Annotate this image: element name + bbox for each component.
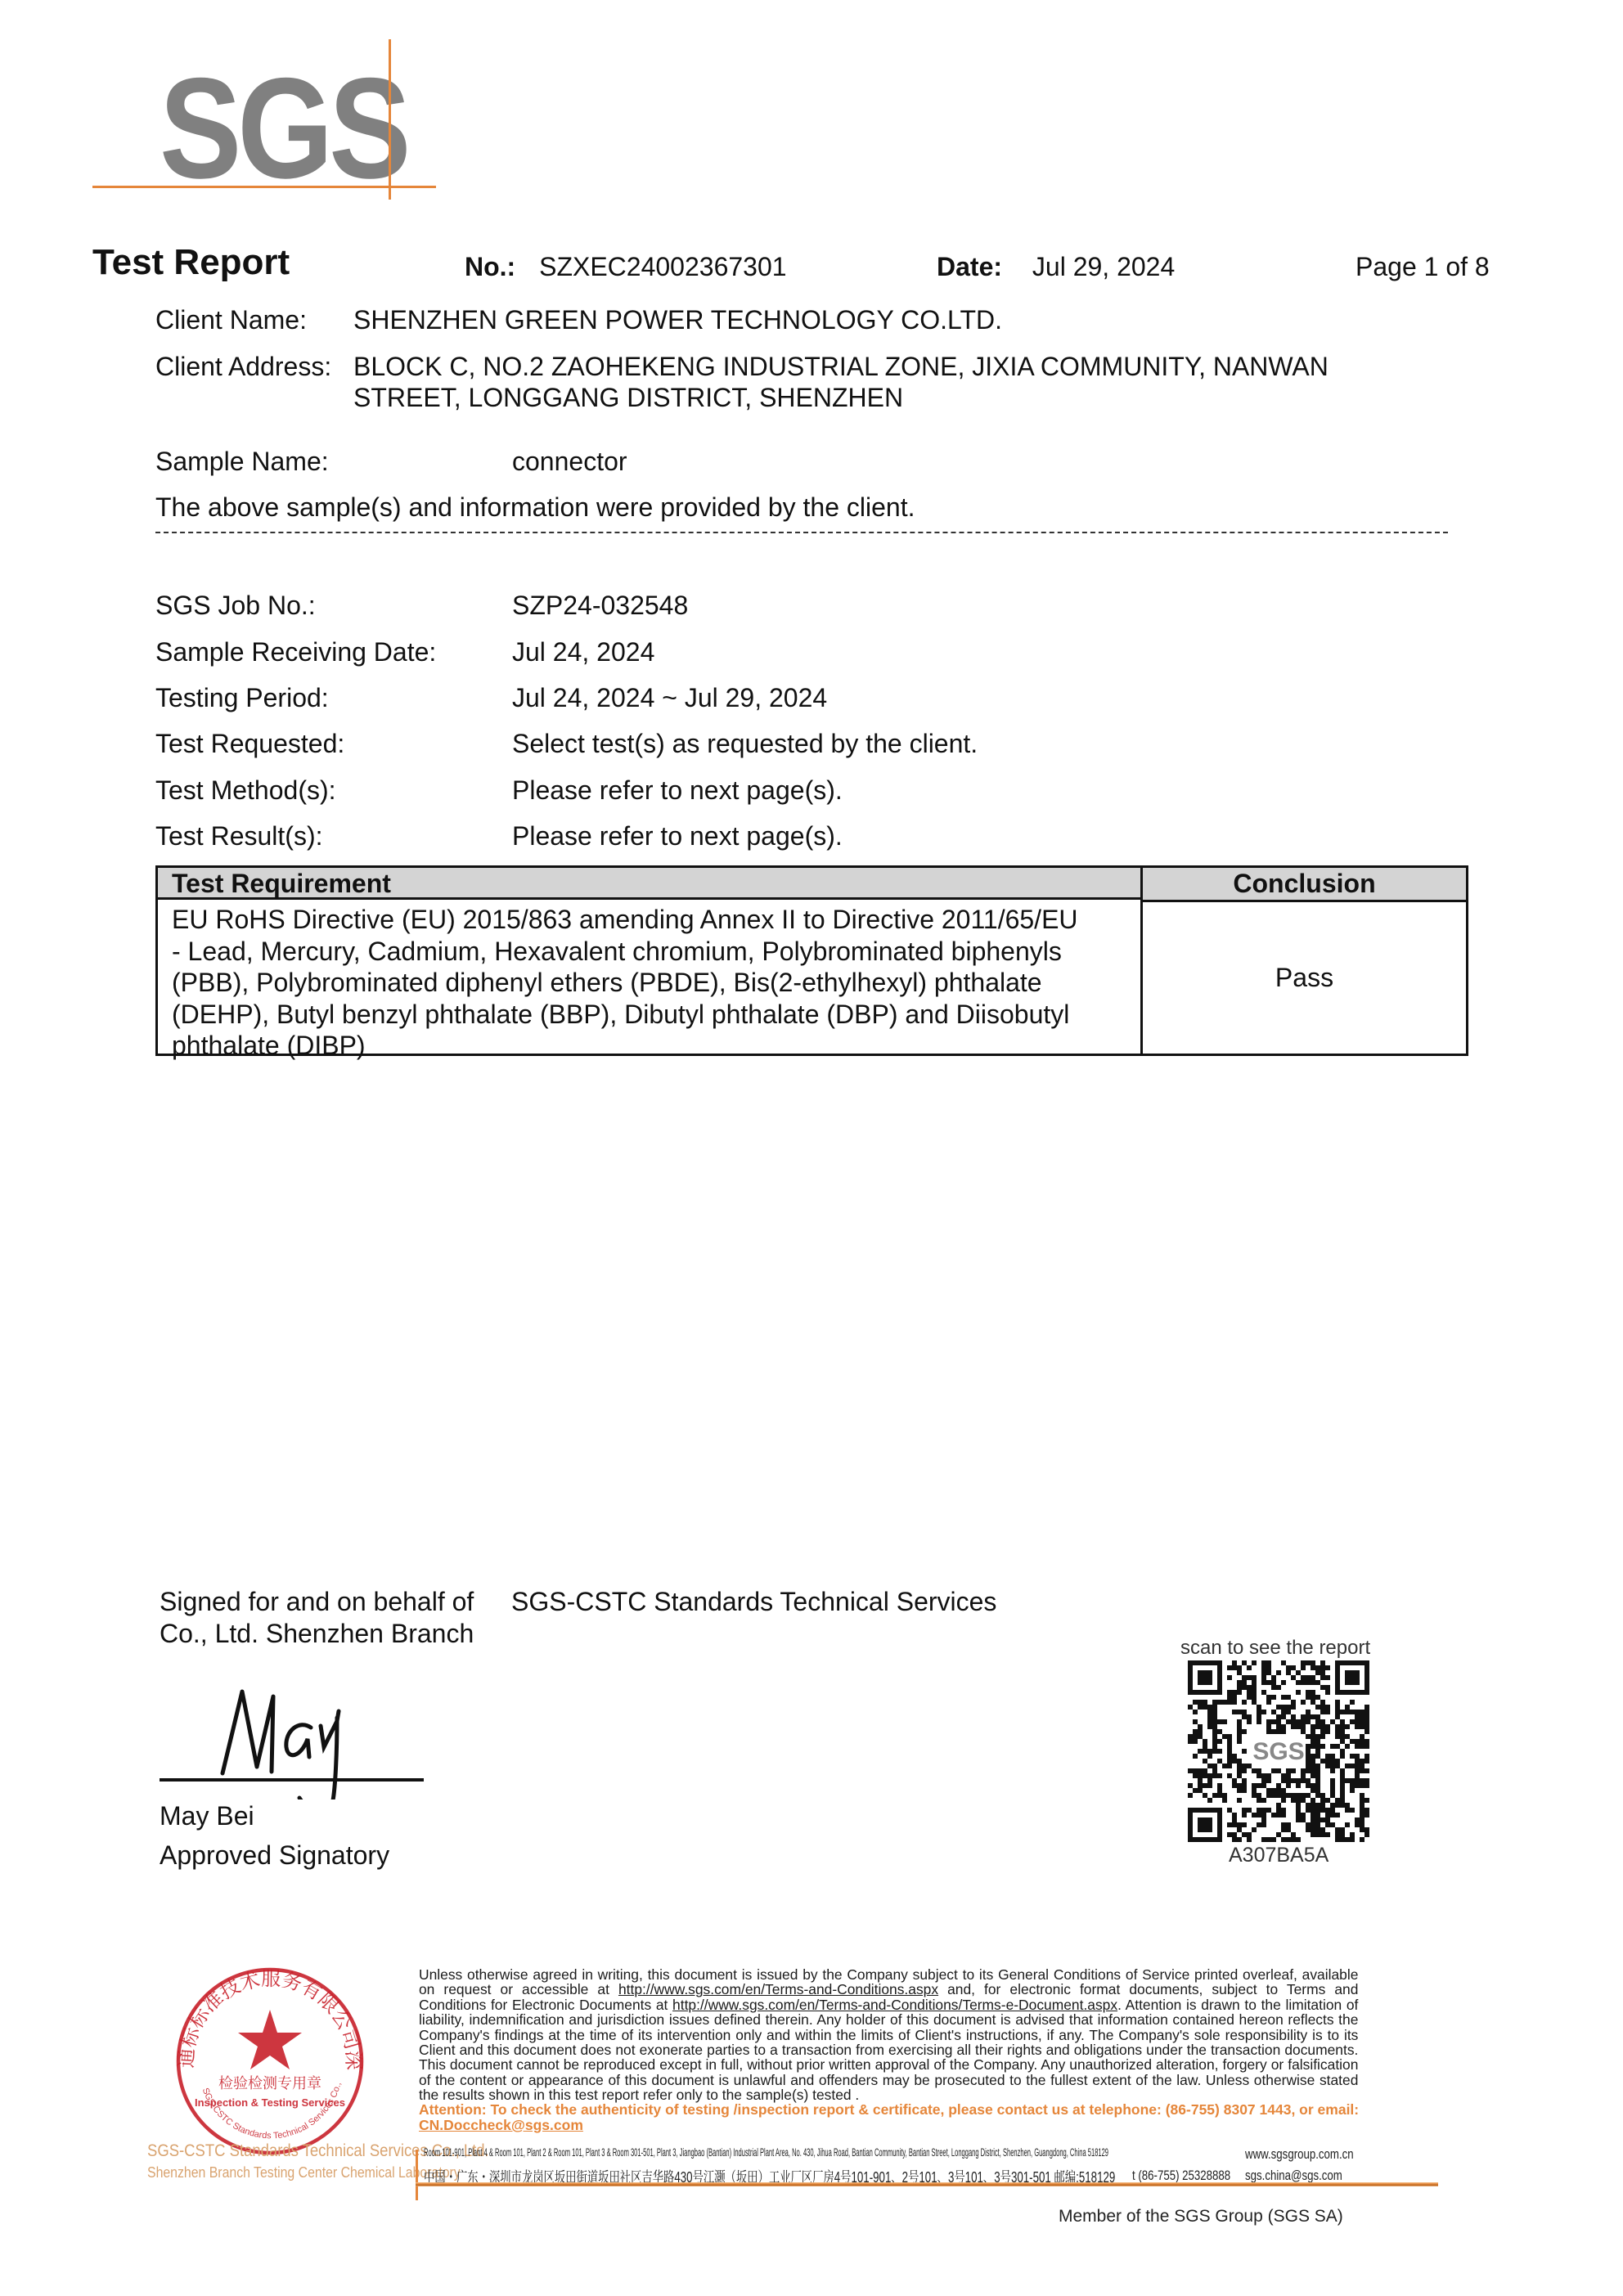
sgs-group-membership: Member of the SGS Group (SGS SA) xyxy=(1059,2207,1343,2226)
job-field-label: Test Result(s): xyxy=(155,821,322,851)
report-number-label: No.: xyxy=(465,252,515,281)
signing-company: SGS-CSTC Standards Technical Services xyxy=(511,1587,996,1617)
phone-number: t (86-755) 25328888 xyxy=(1132,2168,1230,2184)
table-row-requirement: EU RoHS Directive (EU) 2015/863 amending… xyxy=(172,904,1137,1062)
requirement-line: EU RoHS Directive (EU) 2015/863 amending… xyxy=(172,904,1137,936)
conclusion-value: Pass xyxy=(1275,963,1333,993)
china-email-link[interactable]: sgs.china@sgs.com xyxy=(1245,2168,1342,2184)
stamp-center-cn: 检验检测专用章 xyxy=(218,2075,321,2092)
signature-line xyxy=(160,1778,424,1782)
legal-disclaimer: Unless otherwise agreed in writing, this… xyxy=(419,1967,1358,2103)
disclaimer-text: . Attention is drawn to the limitation o… xyxy=(419,1997,1358,2103)
terms-e-document-link[interactable]: http://www.sgs.com/en/Terms-and-Conditio… xyxy=(672,1997,1117,2013)
footer-vertical-rule xyxy=(416,2150,418,2200)
sample-name-label: Sample Name: xyxy=(155,447,329,477)
signed-on-behalf-label: Signed for and on behalf of xyxy=(160,1587,474,1617)
signatory-title: Approved Signatory xyxy=(160,1840,389,1871)
address-english: Room 101-901, Plant 4 & Room 101, Plant … xyxy=(424,2146,1108,2159)
client-name-value: SHENZHEN GREEN POWER TECHNOLOGY CO.LTD. xyxy=(353,305,1002,335)
signatory-name: May Bei xyxy=(160,1801,254,1831)
dashed-separator xyxy=(155,532,1448,533)
job-field-value: Please refer to next page(s). xyxy=(512,775,843,806)
terms-conditions-link[interactable]: http://www.sgs.com/en/Terms-and-Conditio… xyxy=(618,1981,938,1997)
report-date: Date: Jul 29, 2024 xyxy=(937,252,1175,282)
qr-code-icon[interactable]: SGS xyxy=(1188,1660,1369,1842)
job-field-label: Testing Period: xyxy=(155,683,329,713)
job-field-value: Jul 24, 2024 ~ Jul 29, 2024 xyxy=(512,683,827,713)
stamp-caption-lab: Shenzhen Branch Testing Center Chemical … xyxy=(147,2164,461,2181)
job-field-label: Test Requested: xyxy=(155,729,344,759)
job-field-value: Select test(s) as requested by the clien… xyxy=(512,729,978,759)
job-field-label: Test Method(s): xyxy=(155,775,336,806)
requirement-line: phthalate (DIBP) xyxy=(172,1030,1137,1062)
page-indicator: Page 1 of 8 xyxy=(1355,252,1490,282)
report-number: No.: SZXEC24002367301 xyxy=(465,252,787,282)
signing-company-branch: Co., Ltd. Shenzhen Branch xyxy=(160,1619,474,1649)
sgs-logo-text: SGS xyxy=(160,68,407,191)
report-date-value: Jul 29, 2024 xyxy=(1032,252,1175,281)
qr-caption: scan to see the report xyxy=(1180,1637,1370,1660)
qr-center-logo: SGS xyxy=(1252,1738,1304,1765)
job-field-label: SGS Job No.: xyxy=(155,591,316,621)
test-requirement-table: Test Requirement Conclusion EU RoHS Dire… xyxy=(155,865,1468,1056)
client-address-line2: STREET, LONGGANG DISTRICT, SHENZHEN xyxy=(353,383,903,413)
table-header-conclusion: Conclusion xyxy=(1143,868,1466,902)
table-header-requirement: Test Requirement xyxy=(158,868,1140,900)
sample-provided-note: The above sample(s) and information were… xyxy=(155,492,915,523)
client-name-label: Client Name: xyxy=(155,305,307,335)
requirement-line: - Lead, Mercury, Cadmium, Hexavalent chr… xyxy=(172,936,1137,968)
doccheck-email-link[interactable]: CN.Doccheck@sgs.com xyxy=(419,2117,583,2133)
logo-vertical-rule xyxy=(389,39,391,200)
star-icon xyxy=(238,2010,302,2069)
requirement-line: (DEHP), Butyl benzyl phthalate (BBP), Di… xyxy=(172,999,1137,1031)
job-field-value: Please refer to next page(s). xyxy=(512,821,843,851)
stamp-center-en: Inspection & Testing Services xyxy=(195,2096,345,2109)
sgs-logo: SGS xyxy=(92,39,444,203)
sample-name-value: connector xyxy=(512,447,627,477)
table-row-conclusion: Pass xyxy=(1143,902,1466,1054)
job-field-label: Sample Receiving Date: xyxy=(155,637,436,667)
authenticity-notice: Attention: To check the authenticity of … xyxy=(419,2102,1376,2133)
report-date-label: Date: xyxy=(937,252,1002,281)
report-number-value: SZXEC24002367301 xyxy=(539,252,786,281)
qr-verification-code: A307BA5A xyxy=(1229,1844,1329,1867)
job-field-value: Jul 24, 2024 xyxy=(512,637,654,667)
website-link[interactable]: www.sgsgroup.com.cn xyxy=(1245,2146,1354,2163)
requirement-line: (PBB), Polybrominated diphenyl ethers (P… xyxy=(172,967,1137,999)
official-seal-stamp: 通标标准技术服务有限公司深圳分公司 SGS-CSTC Standards Tec… xyxy=(168,1959,372,2163)
logo-horizontal-rule xyxy=(92,186,436,188)
client-address-line1: BLOCK C, NO.2 ZAOHEKENG INDUSTRIAL ZONE,… xyxy=(353,352,1329,382)
authenticity-notice-text: Attention: To check the authenticity of … xyxy=(419,2101,1359,2118)
client-address-label: Client Address: xyxy=(155,352,331,382)
document-title: Test Report xyxy=(92,242,290,283)
job-field-value: SZP24-032548 xyxy=(512,591,688,621)
footer-horizontal-rule xyxy=(416,2182,1438,2186)
